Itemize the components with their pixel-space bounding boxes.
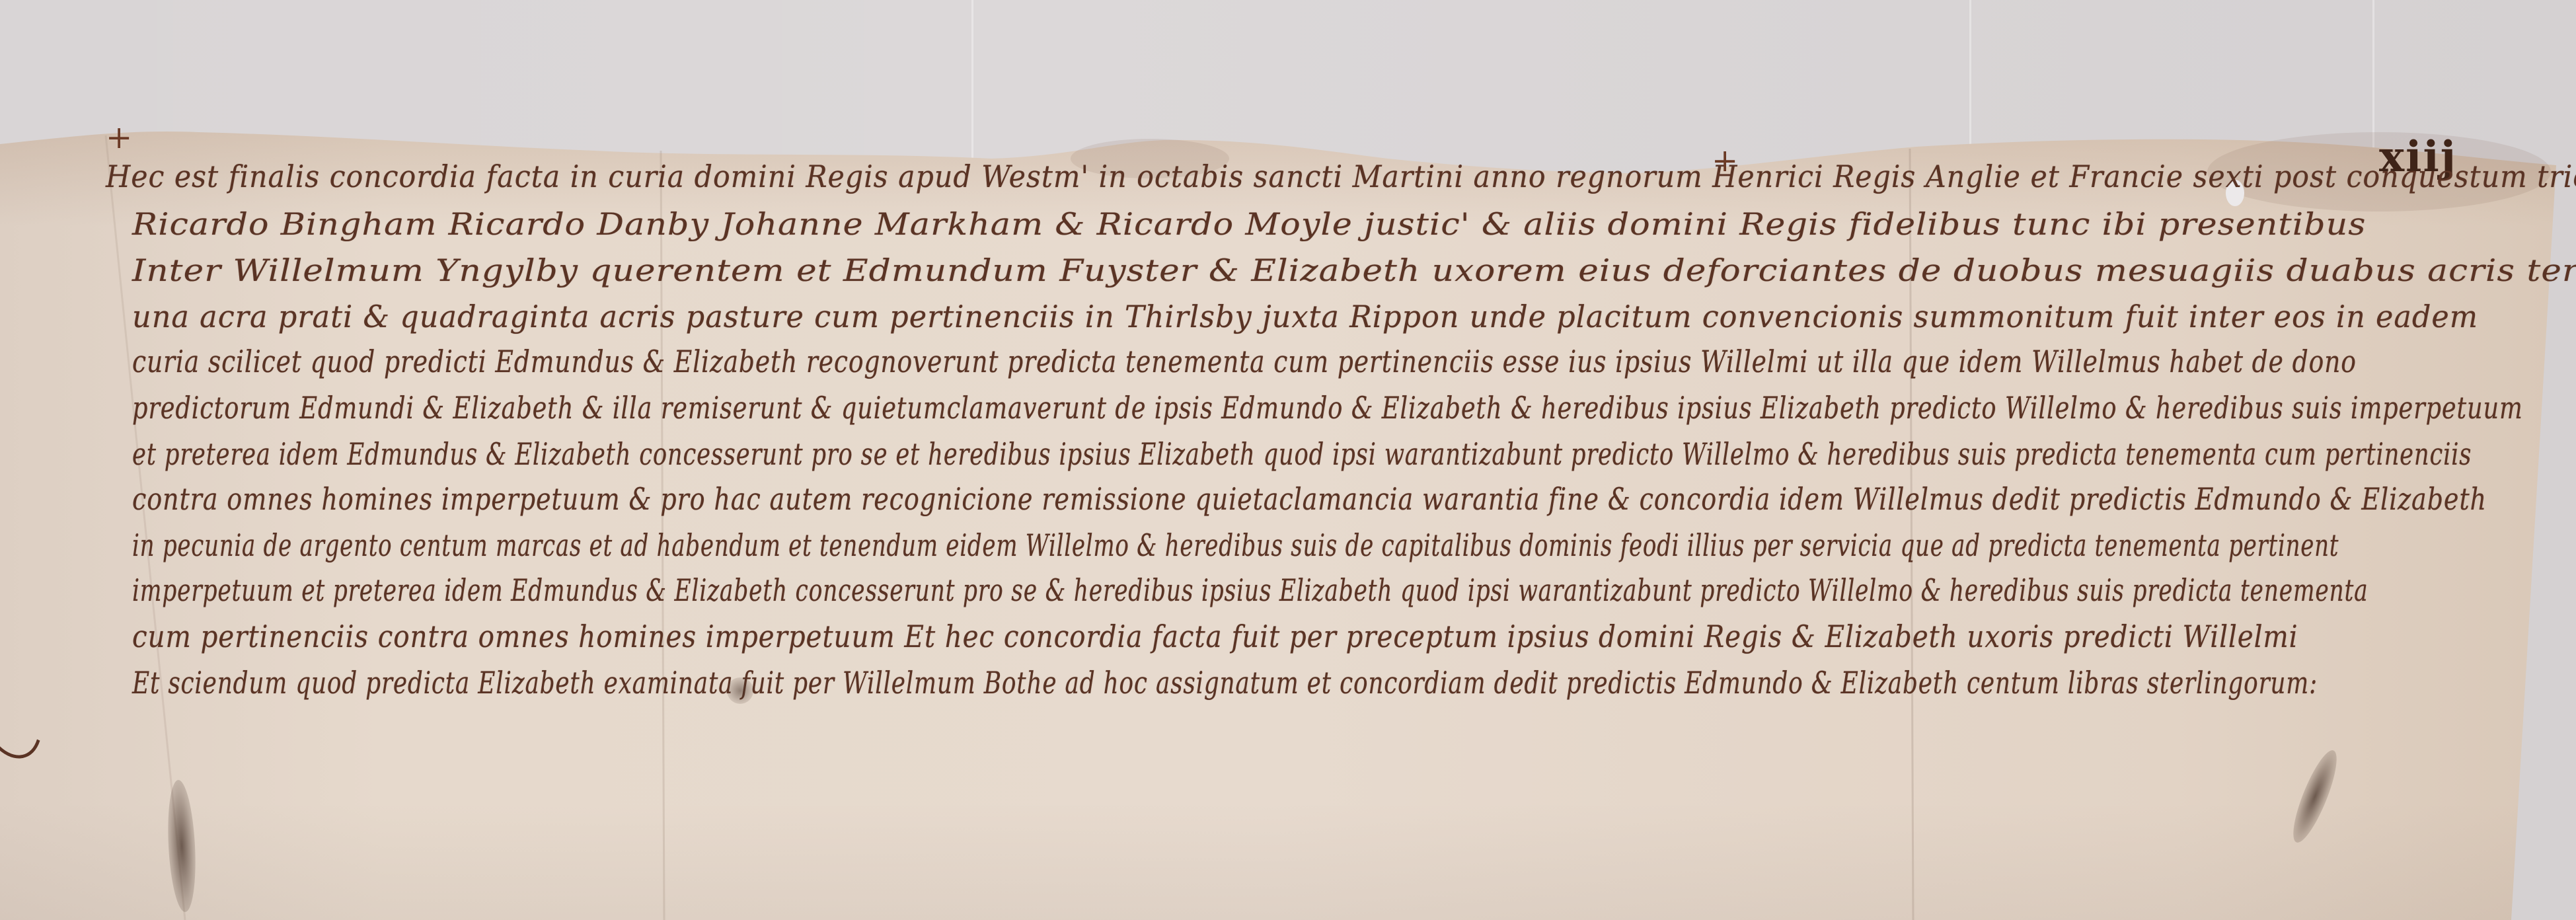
text-line-8: contra omnes homines imperpetuum & pro h… <box>132 481 2487 517</box>
text-line-4: una acra prati & quadraginta acris pastu… <box>132 299 2478 334</box>
ink-blot <box>727 677 753 704</box>
text-line-2: Ricardo Bingham Ricardo Danby Johanne Ma… <box>132 206 2366 242</box>
text-line-5: curia scilicet quod predicti Edmundus & … <box>132 344 2357 379</box>
text-line-6: predictorum Edmundi & Elizabeth & illa r… <box>132 390 2523 426</box>
marginal-flourish <box>0 660 54 767</box>
ink-smudge <box>2285 746 2345 847</box>
text-line-10: imperpetuum et preterea idem Edmundus & … <box>132 572 2368 608</box>
manuscript-text: xiij + + Hec est finalis concordia facta… <box>0 0 2576 920</box>
text-line-1: Hec est finalis concordia facta in curia… <box>106 159 2269 194</box>
text-line-11: cum pertinenciis contra omnes homines im… <box>132 619 2298 654</box>
ink-smudge <box>165 779 198 913</box>
text-line-9: in pecunia de argento centum marcas et a… <box>132 527 2339 563</box>
cross-mark: + <box>106 119 132 156</box>
text-line-7: et preterea idem Edmundus & Elizabeth co… <box>132 436 2472 472</box>
text-line-3: Inter Willelmum Yngylby querentem et Edm… <box>132 252 2576 288</box>
text-line-12: Et sciendum quod predicta Elizabeth exam… <box>132 665 2318 701</box>
